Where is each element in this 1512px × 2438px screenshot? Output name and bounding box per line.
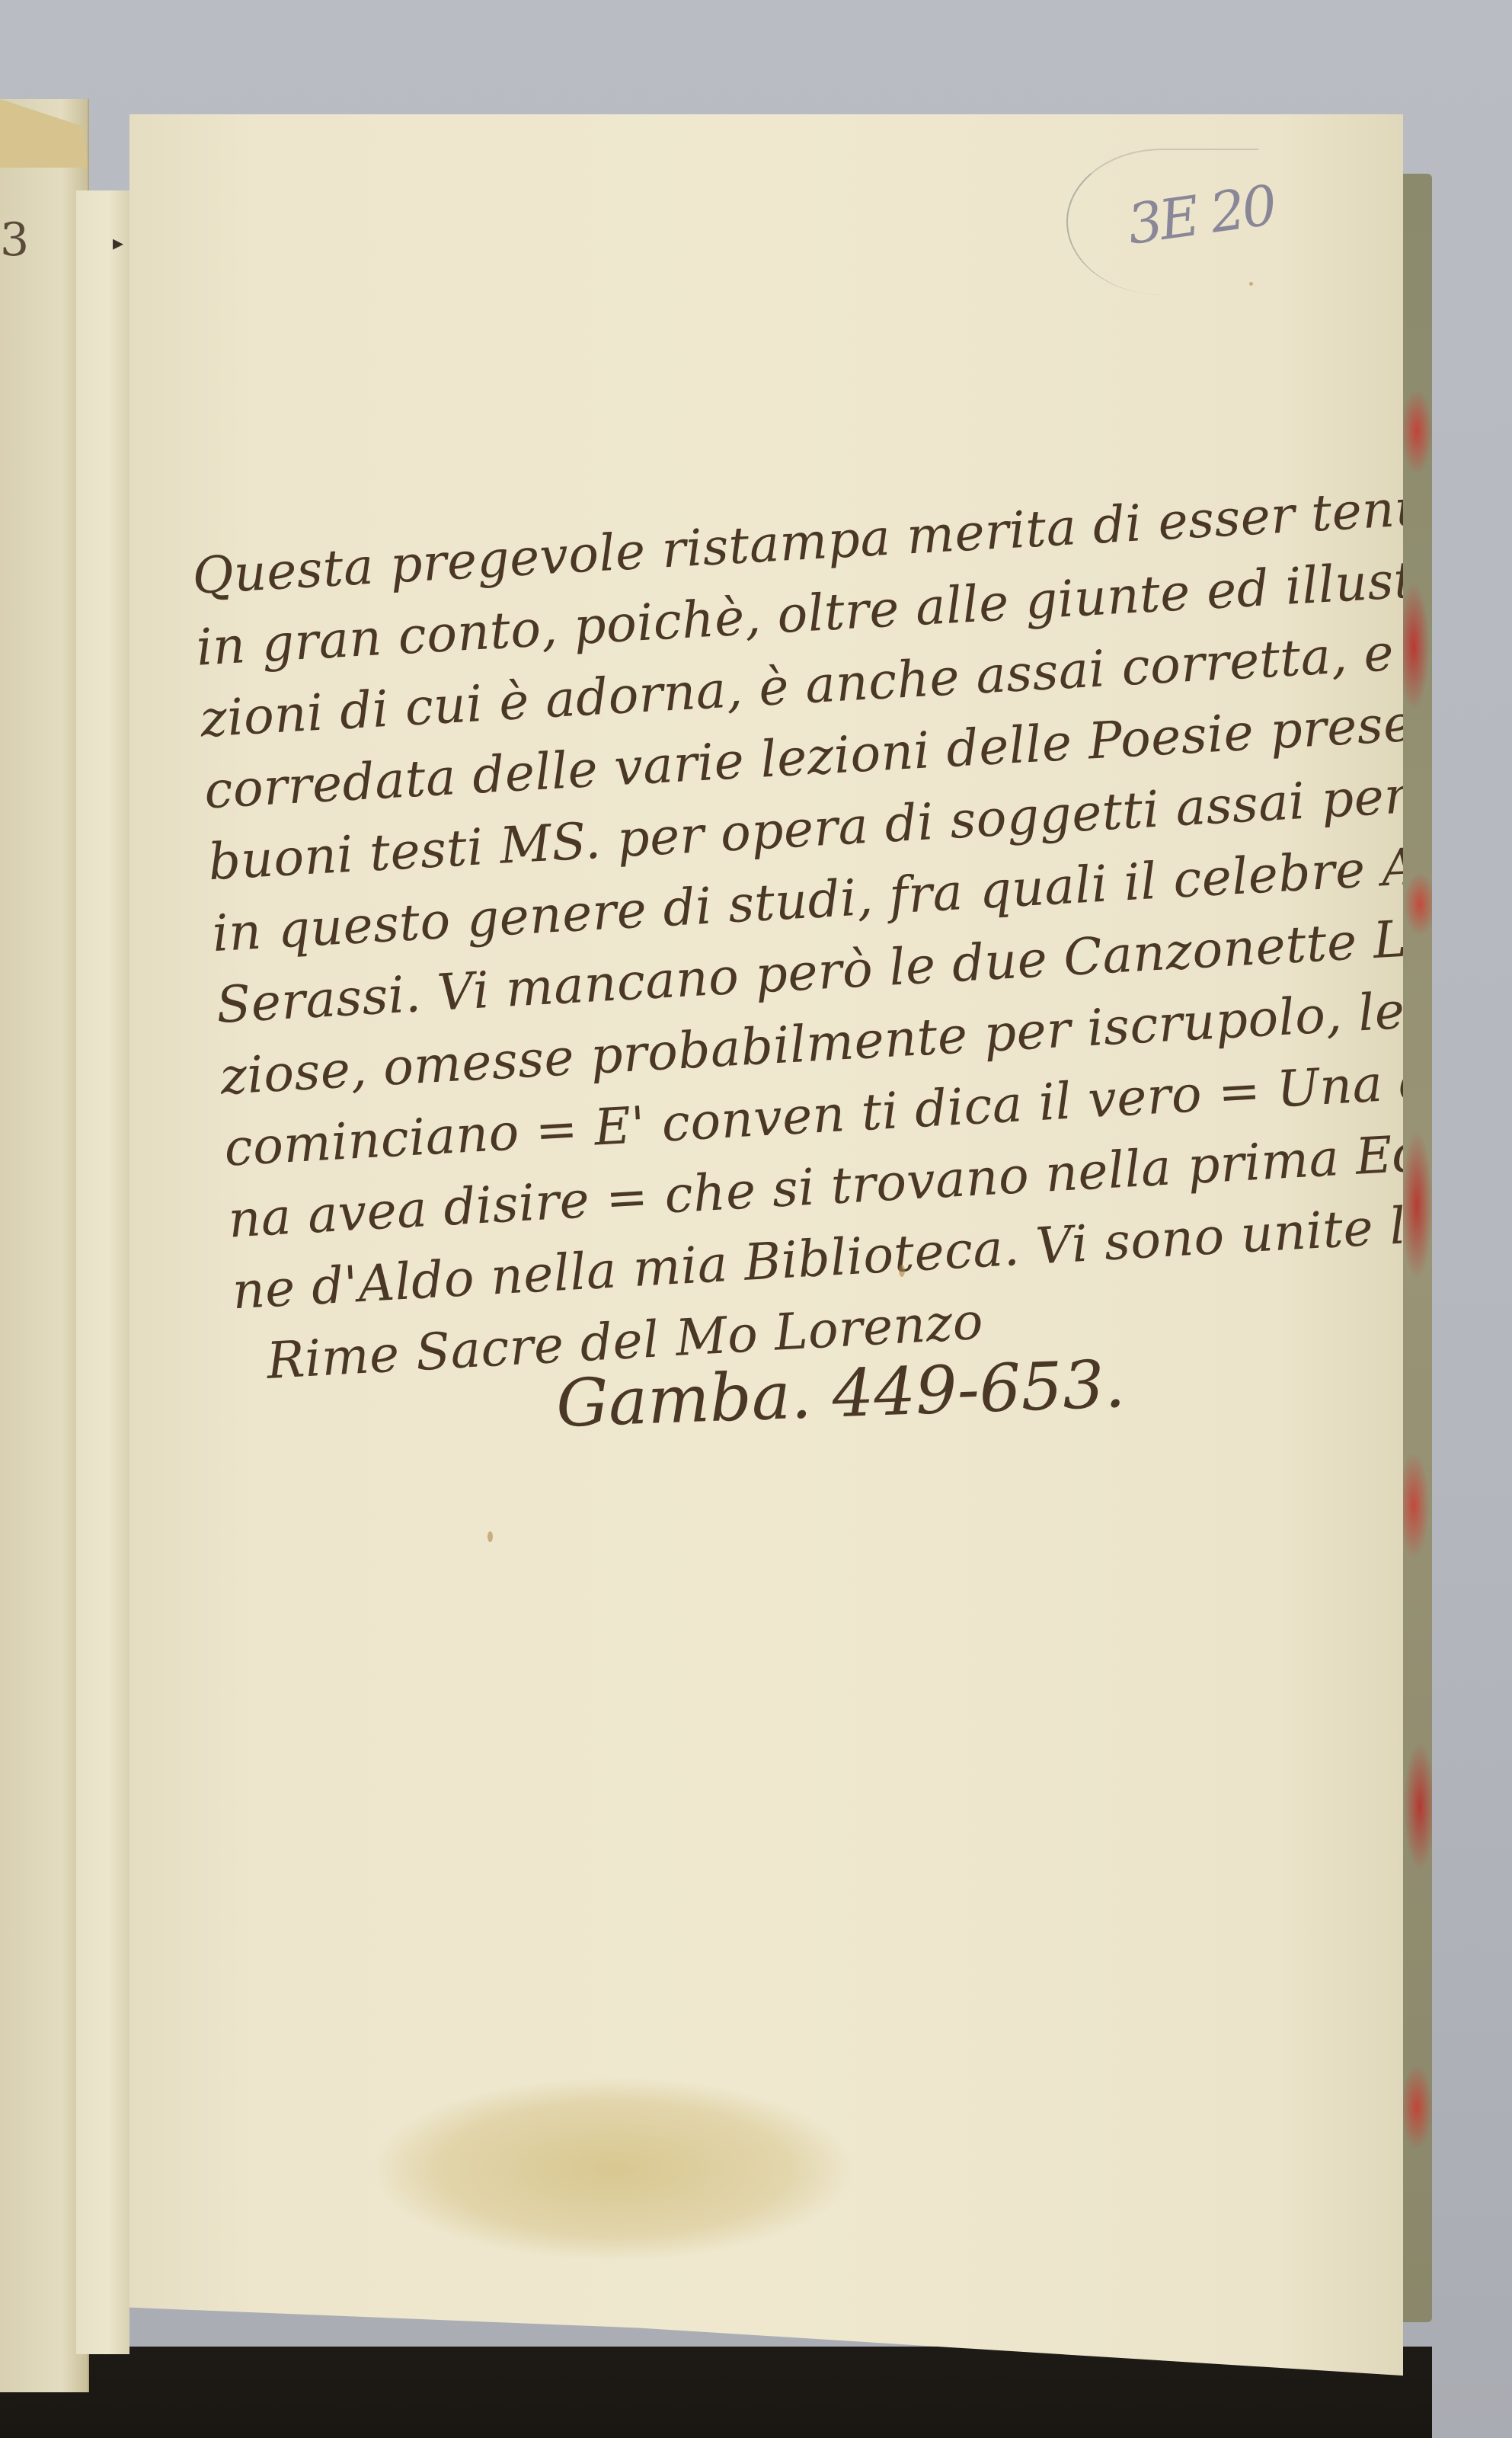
foxing-spot [487, 1531, 493, 1542]
gutter-leaf [76, 190, 129, 2354]
flyleaf-page: 3E 20 Questa pregevole ristampa merita d… [129, 114, 1403, 2385]
foxing-spot [1249, 282, 1253, 286]
foxing-spot [899, 1265, 905, 1277]
handwritten-note: Questa pregevole ristampa merita di esse… [190, 475, 1410, 1399]
corner-mark: 3 [0, 213, 29, 267]
gutter-tick-icon: ▸ [113, 230, 123, 255]
marbled-page-edge [1402, 174, 1432, 2322]
